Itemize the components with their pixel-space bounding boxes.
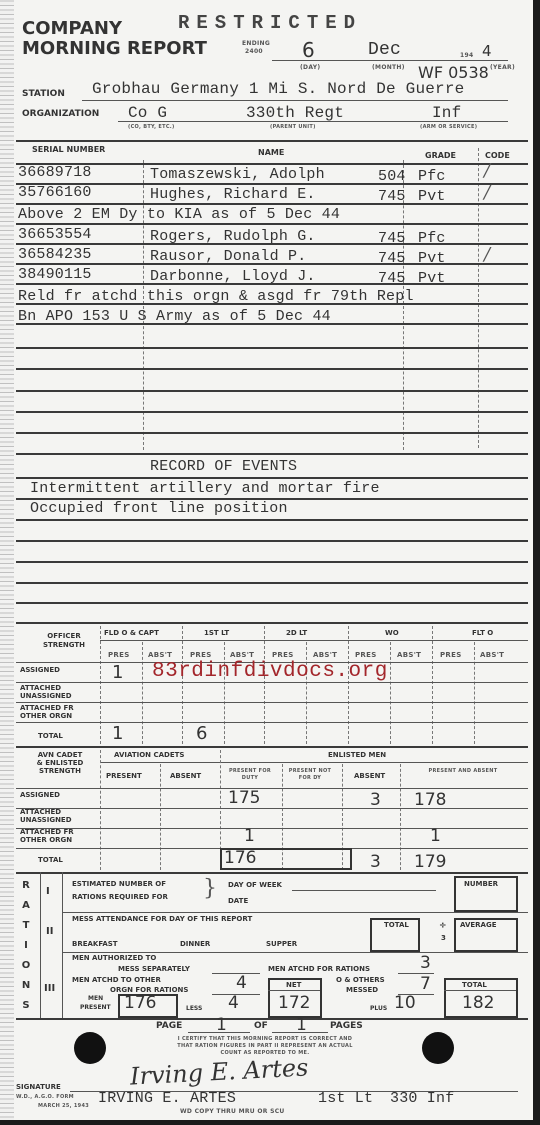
atchd-for-rations-label: MEN ATCHD FOR RATIONS — [268, 965, 370, 973]
certify-line-1: I CERTIFY THAT THIS MORNING REPORT IS CO… — [140, 1036, 390, 1042]
enlisted-total-absent: 3 — [370, 852, 381, 872]
ending-label-top: ENDING — [242, 40, 270, 47]
officer-row-attached-unassigned: ATTACHED UNASSIGNED — [20, 684, 90, 700]
plus-value: 10 — [394, 993, 416, 1013]
watermark-text: 83rdinfdivdocs.org — [152, 660, 388, 683]
pages-value: 1 — [296, 1015, 307, 1035]
rations-part1-numeral: I — [46, 886, 50, 897]
divide-symbol: ÷ — [439, 921, 447, 931]
col-name: NAME — [258, 148, 284, 157]
enlisted-row-attached-unassigned: ATTACHED UNASSIGNED — [20, 808, 90, 824]
enlisted-row-total: TOTAL — [38, 856, 63, 864]
sub-pres-5: PRES — [440, 651, 462, 659]
punch-hole-left — [74, 1032, 106, 1064]
roster-spec-5: 745 — [378, 270, 406, 287]
signer-name: IRVING E. ARTES — [98, 1090, 236, 1107]
sub-pres-2: PRES — [190, 651, 212, 659]
roster-name-3: Rogers, Rudolph G. — [150, 228, 316, 245]
mess-attendance-heading: MESS ATTENDANCE FOR DAY OF THIS REPORT — [72, 915, 252, 923]
enlisted-other-total: 1 — [430, 826, 441, 846]
mess-separately-label-1: MEN AUTHORIZED TO — [72, 954, 156, 962]
roster-grade-1: Pfc — [418, 168, 446, 185]
mess-separately-label-2: MESS SEPARATELY — [118, 965, 190, 973]
officer-strength-title-2: STRENGTH — [34, 641, 94, 649]
others-messed-label-1: O & OTHERS — [336, 976, 385, 984]
col-avn-present: PRESENT — [106, 772, 142, 780]
form-id-1: W.D., A.G.O. FORM — [16, 1094, 74, 1100]
mess-total-label: TOTAL — [384, 921, 409, 929]
roster-spec-4: 745 — [378, 250, 406, 267]
enlisted-assigned-absent: 3 — [370, 790, 381, 810]
form-title-line1: COMPANY — [22, 18, 122, 39]
officer-row-attached-other: ATTACHED FR OTHER ORGN — [20, 704, 90, 720]
day-of-week-label: DAY OF WEEK — [228, 881, 282, 889]
classification-stamp: RESTRICTED — [178, 12, 362, 34]
col-code: CODE — [485, 151, 510, 160]
organization-company: Co G — [128, 104, 167, 122]
roster-code-2: / — [484, 182, 490, 203]
roster-serial-2: 35766160 — [18, 184, 92, 201]
org-caption-parent: (PARENT UNIT) — [270, 124, 316, 130]
day-caption: (DAY) — [300, 64, 320, 71]
atchd-other-value: 4 — [236, 973, 247, 993]
roster-serial-4: 36584235 — [18, 246, 92, 263]
group-1st-lt: 1ST LT — [204, 629, 229, 637]
roster-name-1: Tomaszewski, Adolph — [150, 166, 325, 183]
report-day: 6 — [302, 38, 315, 62]
record-of-events-heading: RECORD OF EVENTS — [150, 458, 297, 475]
officer-row-total: TOTAL — [38, 732, 63, 740]
page-label: PAGE — [156, 1021, 182, 1031]
col-em-absent: ABSENT — [354, 772, 385, 780]
officer-assigned-fld-pres: 1 — [112, 662, 123, 683]
ending-label-bottom: 2400 — [245, 48, 263, 55]
roster-serial-5: 38490115 — [18, 266, 92, 283]
organization-arm: Inf — [432, 104, 461, 122]
group-fld-capt: FLD O & CAPT — [104, 629, 159, 637]
officer-total-fld-pres: 1 — [112, 723, 123, 744]
signer-rank: 1st Lt — [318, 1090, 373, 1107]
group-aviation-cadets: AVIATION CADETS — [114, 751, 184, 759]
grand-total-label: TOTAL — [462, 981, 487, 989]
sub-abst-3: ABS'T — [313, 651, 337, 659]
year-caption: (YEAR) — [490, 64, 515, 71]
sub-abst-5: ABS'T — [480, 651, 504, 659]
officer-strength-title-1: OFFICER — [34, 632, 94, 640]
handwritten-signature: Irving E. Artes — [129, 1053, 309, 1090]
divisor: 3 — [441, 934, 446, 942]
enlisted-total-pfd: 176 — [224, 848, 256, 868]
roster-remark-1: Above 2 EM Dy to KIA as of 5 Dec 44 — [18, 206, 340, 223]
of-label: OF — [254, 1021, 268, 1031]
month-caption: (MONTH) — [372, 64, 405, 71]
rations-part2-numeral: II — [46, 926, 53, 937]
enlisted-row-attached-other: ATTACHED FR OTHER ORGN — [20, 828, 90, 844]
signer-unit: 330 Inf — [390, 1090, 454, 1107]
org-caption-arm: (ARM OR SERVICE) — [420, 124, 477, 130]
organization-parent: 330th Regt — [246, 104, 344, 122]
col-grade: GRADE — [425, 151, 456, 160]
group-wo: WO — [385, 629, 399, 637]
breakfast-label: BREAKFAST — [72, 940, 118, 948]
plus-label: PLUS — [370, 1005, 387, 1012]
net-label: NET — [286, 981, 301, 989]
group-flt-o: FLT O — [472, 629, 493, 637]
roster-grade-3: Pfc — [418, 230, 446, 247]
rations-part3-numeral: III — [44, 983, 55, 994]
enlisted-title-2: & ENLISTED — [24, 759, 96, 767]
roster-remark-3: Bn APO 153 U S Army as of 5 Dec 44 — [18, 308, 331, 325]
event-line-2: Occupied front line position — [30, 500, 288, 517]
copy-instruction: WD COPY THRU MRU OR SCU — [180, 1108, 285, 1115]
col-present-not-for-duty: PRESENT NOT FOR DY — [284, 768, 336, 782]
col-serial-number: SERIAL NUMBER — [32, 145, 105, 154]
others-messed-value: 7 — [420, 974, 431, 994]
roster-remark-2: Reld fr atchd this orgn & asgd fr 79th R… — [18, 288, 414, 305]
enlisted-assigned-total: 178 — [414, 790, 446, 810]
officer-total-1stlt-pres: 6 — [196, 723, 207, 744]
roster-grade-2: Pvt — [418, 188, 446, 205]
station-value: Grobhau Germany 1 Mi S. Nord De Guerre — [92, 80, 464, 98]
station-label: STATION — [22, 89, 65, 99]
sub-pres-3: PRES — [272, 651, 294, 659]
men-present-label-1: MEN — [88, 995, 103, 1002]
rations-part1-label-1: ESTIMATED NUMBER OF — [72, 880, 166, 888]
roster-code-4: / — [484, 244, 490, 265]
average-label: AVERAGE — [460, 921, 496, 929]
date-label: DATE — [228, 897, 248, 905]
others-messed-label-2: MESSED — [346, 986, 378, 994]
org-caption-unit: (CO, BTY, ETC.) — [128, 124, 175, 130]
enlisted-title-3: STRENGTH — [24, 767, 96, 775]
men-present-label-2: PRESENT — [80, 1004, 111, 1011]
roster-grade-5: Pvt — [418, 270, 446, 287]
certify-line-2: THAT RATION FIGURES IN PART II REPRESENT… — [140, 1043, 390, 1049]
enlisted-title-1: AVN CADET — [24, 751, 96, 759]
enlisted-total-all: 179 — [414, 852, 446, 872]
atchd-other-label-1: MEN ATCHD TO OTHER — [72, 976, 161, 984]
col-present-and-absent: PRESENT AND ABSENT — [418, 768, 508, 775]
enlisted-assigned-pfd: 175 — [228, 788, 260, 808]
roster-code-1: / — [484, 160, 490, 181]
col-avn-absent: ABSENT — [170, 772, 201, 780]
less-value: 4 — [228, 993, 239, 1013]
col-present-for-duty: PRESENT FOR DUTY — [224, 768, 276, 782]
supper-label: SUPPER — [266, 940, 297, 948]
enlisted-other-pfd: 1 — [244, 826, 255, 846]
punch-hole-right — [422, 1032, 454, 1064]
dinner-label: DINNER — [180, 940, 210, 948]
roster-name-2: Hughes, Richard E. — [150, 186, 316, 203]
roster-serial-3: 36653554 — [18, 226, 92, 243]
group-2d-lt: 2D LT — [286, 629, 307, 637]
sub-pres-1: PRES — [108, 651, 130, 659]
organization-label: ORGANIZATION — [22, 109, 99, 119]
pages-label: PAGES — [330, 1021, 363, 1031]
roster-name-5: Darbonne, Lloyd J. — [150, 268, 316, 285]
roster-name-4: Rausor, Donald P. — [150, 248, 306, 265]
report-year-suffix: 4 — [482, 42, 492, 60]
sub-abst-1: ABS'T — [148, 651, 172, 659]
form-id-2: MARCH 25, 1943 — [38, 1103, 89, 1109]
less-label: LESS — [186, 1005, 202, 1012]
sub-abst-4: ABS'T — [397, 651, 421, 659]
roster-spec-1: 504 — [378, 168, 406, 185]
men-present-value: 176 — [124, 993, 156, 1013]
number-label: NUMBER — [464, 880, 498, 888]
rations-side-label: RATIONS — [20, 876, 32, 1016]
officer-row-assigned: ASSIGNED — [20, 666, 60, 674]
form-title-line2: MORNING REPORT — [22, 38, 207, 59]
enlisted-row-assigned: ASSIGNED — [20, 791, 60, 799]
report-month: Dec — [368, 40, 401, 60]
rations-part1-label-2: RATIONS REQUIRED FOR — [72, 893, 168, 901]
grand-total-value: 182 — [462, 993, 494, 1013]
signature-label: SIGNATURE — [16, 1083, 61, 1091]
group-enlisted-men: ENLISTED MEN — [328, 751, 386, 759]
atchd-for-rations-value: 3 — [420, 953, 431, 973]
roster-serial-1: 36689718 — [18, 164, 92, 181]
sub-abst-2: ABS'T — [230, 651, 254, 659]
sub-pres-4: PRES — [355, 651, 377, 659]
morning-report-document: RESTRICTED COMPANY MORNING REPORT ENDING… — [0, 0, 533, 1120]
year-prefix: 194 — [460, 52, 473, 59]
page-value: 1 — [216, 1015, 227, 1035]
event-line-1: Intermittent artillery and mortar fire — [30, 480, 380, 497]
roster-grade-4: Pvt — [418, 250, 446, 267]
roster-spec-3: 745 — [378, 230, 406, 247]
roster-spec-2: 745 — [378, 188, 406, 205]
net-value: 172 — [278, 993, 310, 1013]
